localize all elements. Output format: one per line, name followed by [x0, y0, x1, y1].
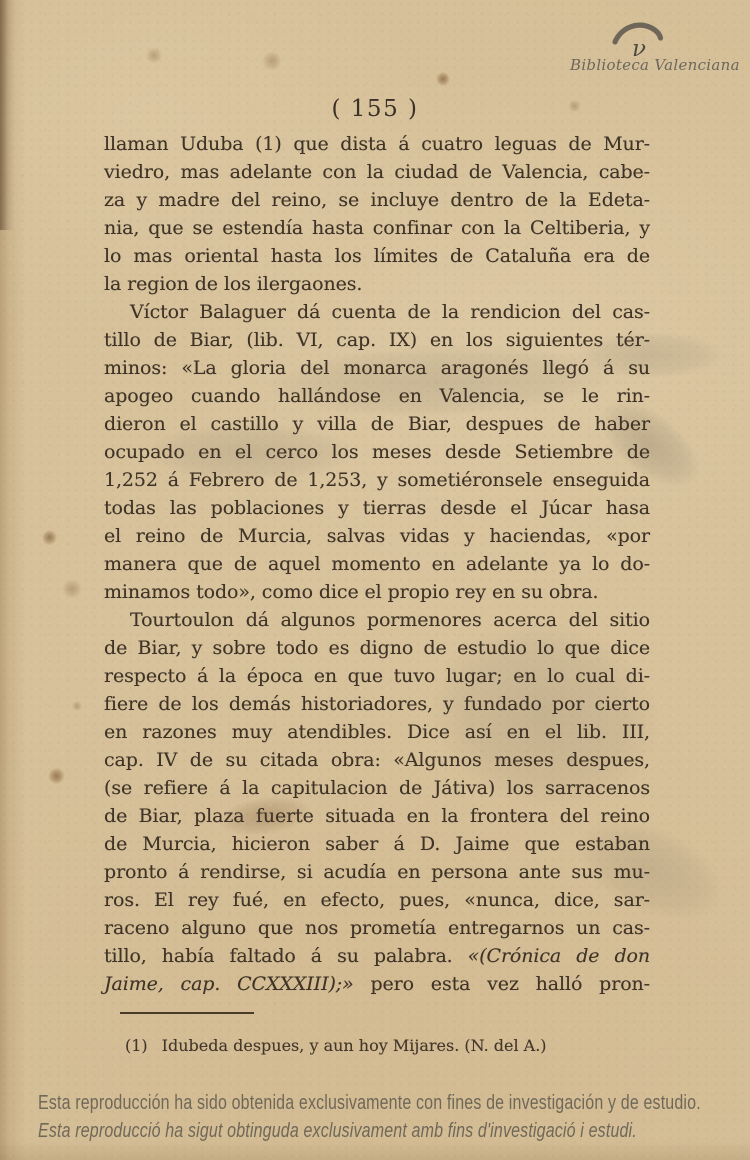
text-line: respecto á la época en que tuvo lugar; e… — [104, 662, 650, 690]
footnote-text: Idubeda despues, y aun hoy Mijares. (N. … — [162, 1036, 547, 1055]
text-line: fiere de los demás historiadores, y fund… — [104, 690, 650, 718]
text-line: ros. El rey fué, en efecto, pues, «nunca… — [104, 886, 650, 914]
text-line: de Biar, plaza fuerte situada en la fron… — [104, 802, 650, 830]
text-line: dieron el castillo y villa de Biar, desp… — [104, 410, 650, 438]
text-line: (se refiere á la capitulacion de Játiva)… — [104, 774, 650, 802]
text-line: el reino de Murcia, salvas vidas y hacie… — [104, 522, 650, 550]
text-line: viedro, mas adelante con la ciudad de Va… — [104, 158, 650, 186]
footnote: (1)Idubeda despues, y aun hoy Mijares. (… — [125, 1036, 547, 1055]
text-line: cap. IV de su citada obra: «Algunos mese… — [104, 746, 650, 774]
text-line: en razones muy atendibles. Dice así en e… — [104, 718, 650, 746]
arc-swoosh-icon: ν — [610, 18, 668, 60]
text-line: de Murcia, hicieron saber á D. Jaime que… — [104, 830, 650, 858]
footnote-marker: (1) — [125, 1036, 148, 1055]
text-line: 1,252 á Febrero de 1,253, y sometiéronse… — [104, 466, 650, 494]
page-number: ( 155 ) — [0, 96, 750, 122]
text-line: Víctor Balaguer dá cuenta de la rendicio… — [104, 298, 650, 326]
body-text: llaman Uduba (1) que dista á cuatro legu… — [104, 130, 650, 998]
text-line: la region de los ilergaones. — [104, 270, 650, 298]
text-line: todas las poblaciones y tierras desde el… — [104, 494, 650, 522]
nu-glyph: ν — [632, 36, 646, 60]
watermark-line-catalan: Esta reproducció ha sigut obtinguda excl… — [38, 1120, 637, 1143]
text-line: tillo de Biar, (lib. VI, cap. IX) en los… — [104, 326, 650, 354]
text-line: tillo, había faltado á su palabra. «(Cró… — [104, 942, 650, 970]
library-logo-icon: ν — [610, 18, 668, 60]
text-line: manera que de aquel momento en adelante … — [104, 550, 650, 578]
text-line: minos: «La gloria del monarca aragonés l… — [104, 354, 650, 382]
text-line: Tourtoulon dá algunos pormenores acerca … — [104, 606, 650, 634]
text-line: za y madre del reino, se incluye dentro … — [104, 186, 650, 214]
text-line: nia, que se estendía hasta confinar con … — [104, 214, 650, 242]
library-stamp: ν Biblioteca Valenciana — [570, 18, 720, 74]
text-line: pronto á rendirse, si acudía en persona … — [104, 858, 650, 886]
text-line: lo mas oriental hasta los límites de Cat… — [104, 242, 650, 270]
watermark-line-spanish: Esta reproducción ha sido obtenida exclu… — [38, 1092, 701, 1115]
footnote-separator-rule — [120, 1012, 254, 1014]
text-line: Jaime, cap. CCXXXIII);» pero esta vez ha… — [104, 970, 650, 998]
text-line: apogeo cuando hallándose en Valencia, se… — [104, 382, 650, 410]
text-line: raceno alguno que nos prometía entregarn… — [104, 914, 650, 942]
text-line: de Biar, y sobre todo es digno de estudi… — [104, 634, 650, 662]
text-line: minamos todo», como dice el propio rey e… — [104, 578, 650, 606]
text-line: llaman Uduba (1) que dista á cuatro legu… — [104, 130, 650, 158]
text-line: ocupado en el cerco los meses desde Seti… — [104, 438, 650, 466]
